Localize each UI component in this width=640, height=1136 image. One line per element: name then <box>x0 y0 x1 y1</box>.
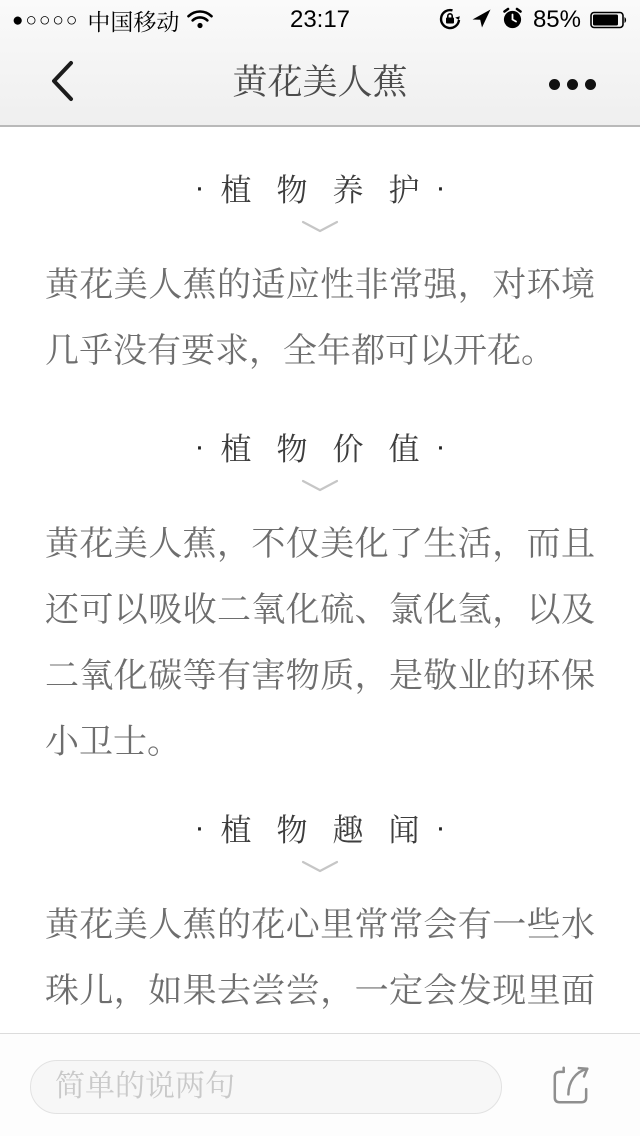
battery-icon <box>590 11 628 29</box>
heading-left-dot: · <box>195 430 205 464</box>
status-bar: ●○○○○ 中国移动 23:17 <box>0 0 640 40</box>
section-heading: · 植物趣闻 · <box>0 805 640 850</box>
section-body-text: 黄花美人蕉的适应性非常强，对环境几乎没有要求，全年都可以开花。 <box>45 252 595 384</box>
more-options-button[interactable] <box>540 66 604 102</box>
chevron-down-icon <box>0 479 640 495</box>
location-arrow-icon <box>471 8 492 34</box>
heading-right-dot: · <box>436 171 446 205</box>
section-heading-label: 植物养护 <box>221 165 445 210</box>
heading-left-dot: · <box>195 171 205 205</box>
chevron-down-icon <box>0 220 640 236</box>
share-icon <box>548 1062 594 1113</box>
section-body-text: 黄花美人蕉，不仅美化了生活，而且还可以吸收二氧化硫、氯化氢，以及二氧化碳等有害物… <box>45 511 595 775</box>
ellipsis-icon <box>549 79 560 90</box>
orientation-lock-icon <box>438 7 462 36</box>
article-content: · 植物养护 · 黄花美人蕉的适应性非常强，对环境几乎没有要求，全年都可以开花。… <box>0 129 640 1033</box>
section-heading-label: 植物价值 <box>221 424 445 469</box>
wifi-icon <box>187 10 213 34</box>
back-button[interactable] <box>40 58 84 108</box>
section-heading-label: 植物趣闻 <box>221 805 445 850</box>
section-plant-trivia: · 植物趣闻 · 黄花美人蕉的花心里常常会有一些水珠儿，如果去尝尝，一定会发现里… <box>0 805 640 1033</box>
section-plant-care: · 植物养护 · 黄花美人蕉的适应性非常强，对环境几乎没有要求，全年都可以开花。 <box>0 165 640 384</box>
composer-bar <box>0 1033 640 1136</box>
heading-left-dot: · <box>195 811 205 845</box>
heading-right-dot: · <box>436 430 446 464</box>
back-chevron-icon <box>49 59 75 108</box>
share-button[interactable] <box>546 1062 596 1112</box>
signal-strength-icon: ●○○○○ <box>12 1 79 41</box>
status-right-cluster: 85% <box>438 5 628 36</box>
page-title: 黄花美人蕉 <box>120 40 520 125</box>
header: ●○○○○ 中国移动 23:17 <box>0 0 640 127</box>
comment-input[interactable] <box>30 1060 502 1114</box>
section-heading: · 植物价值 · <box>0 424 640 469</box>
section-body-text: 黄花美人蕉的花心里常常会有一些水珠儿，如果去尝尝，一定会发现里面的雨珠儿味道是清… <box>45 892 595 1033</box>
alarm-clock-icon <box>501 7 524 35</box>
carrier-label: 中国移动 <box>87 4 179 37</box>
nav-bar: 黄花美人蕉 <box>0 40 640 125</box>
chevron-down-icon <box>0 860 640 876</box>
section-heading: · 植物养护 · <box>0 165 640 210</box>
battery-percent-label: 85% <box>533 6 581 34</box>
heading-right-dot: · <box>436 811 446 845</box>
section-plant-value: · 植物价值 · 黄花美人蕉，不仅美化了生活，而且还可以吸收二氧化硫、氯化氢，以… <box>0 424 640 775</box>
